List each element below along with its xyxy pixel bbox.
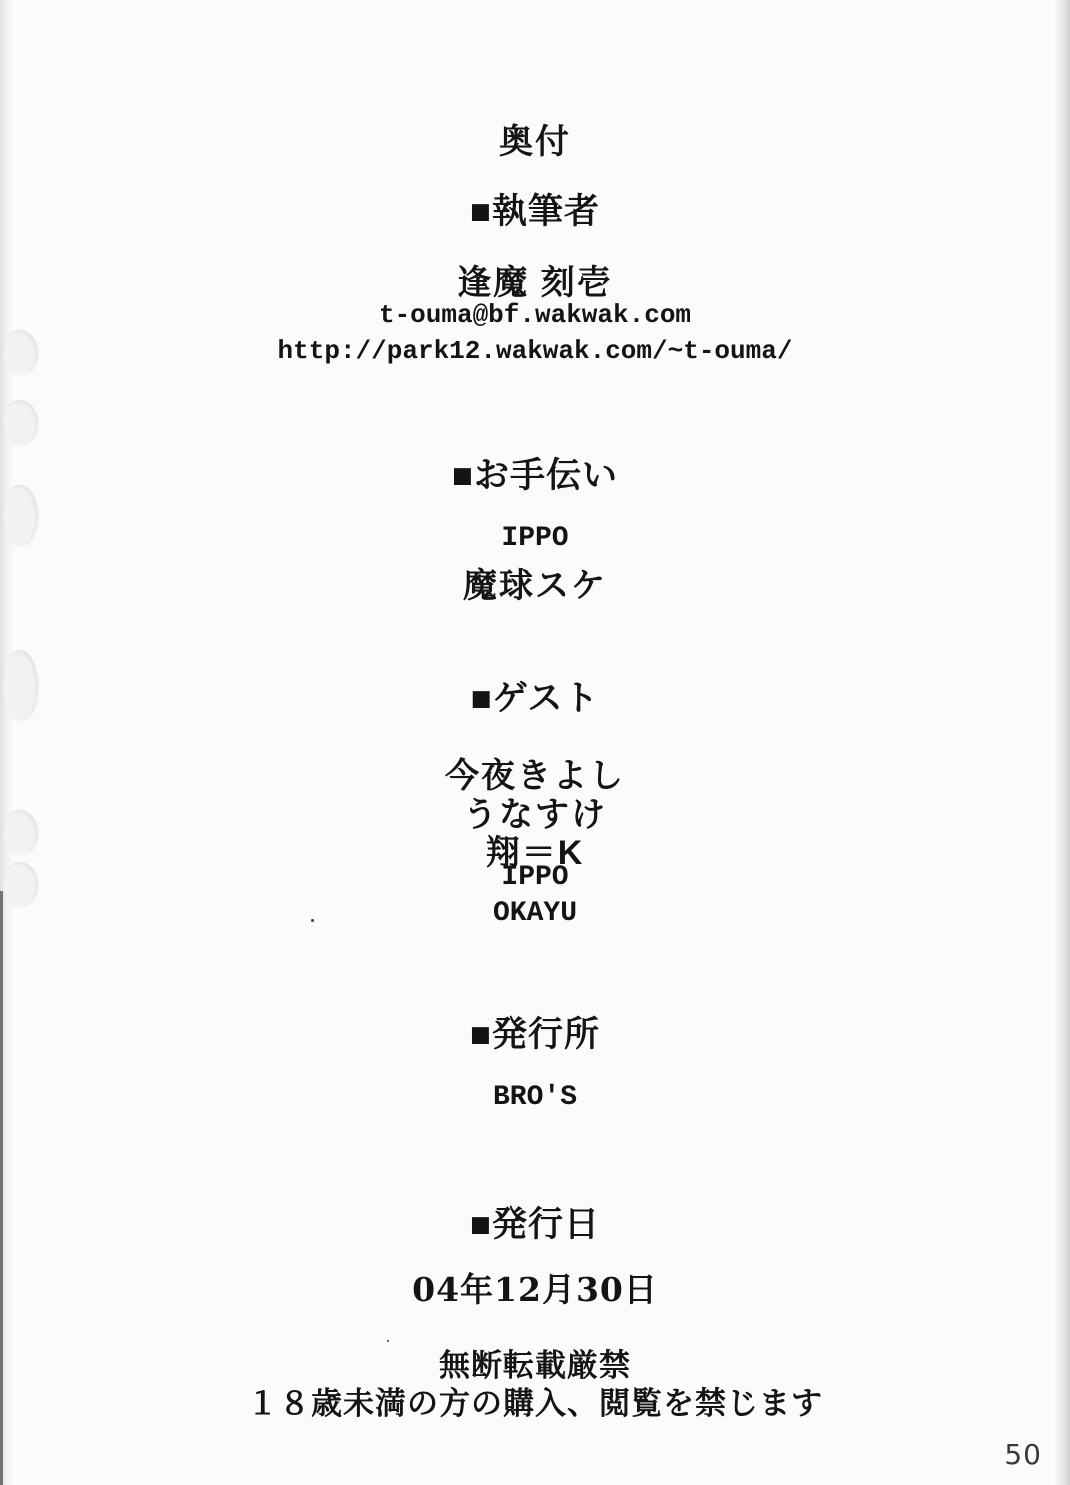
section-author-heading: ■執筆者 bbox=[0, 184, 1070, 234]
section-date-heading: ■発行日 bbox=[0, 1197, 1070, 1247]
section-guests-heading: ■ゲスト bbox=[0, 671, 1070, 721]
section-helpers-heading: ■お手伝い bbox=[0, 448, 1070, 498]
publication-date: 04年12月30日 bbox=[0, 1264, 1070, 1311]
publisher-name: BRO'S bbox=[0, 1082, 1070, 1113]
guest-name: IPPO bbox=[0, 862, 1070, 893]
notice-line: １８歳未満の方の購入、閲覧を禁じます bbox=[0, 1378, 1070, 1423]
helper-name: 魔球スケ bbox=[0, 558, 1070, 607]
colophon-page: 奥付 ■執筆者 逢魔 刻壱 t-ouma@bf.wakwak.com http:… bbox=[0, 0, 1070, 1485]
page-number: 50 bbox=[1004, 1438, 1042, 1471]
author-url: http://park12.wakwak.com/~t-ouma/ bbox=[0, 336, 1070, 366]
author-email: t-ouma@bf.wakwak.com bbox=[0, 300, 1070, 330]
page-title: 奥付 bbox=[0, 114, 1070, 163]
section-publisher-heading: ■発行所 bbox=[0, 1007, 1070, 1057]
author-name: 逢魔 刻壱 bbox=[0, 255, 1070, 304]
guest-name: OKAYU bbox=[0, 898, 1070, 929]
binding-mark bbox=[4, 400, 38, 444]
helper-name: IPPO bbox=[0, 523, 1070, 554]
